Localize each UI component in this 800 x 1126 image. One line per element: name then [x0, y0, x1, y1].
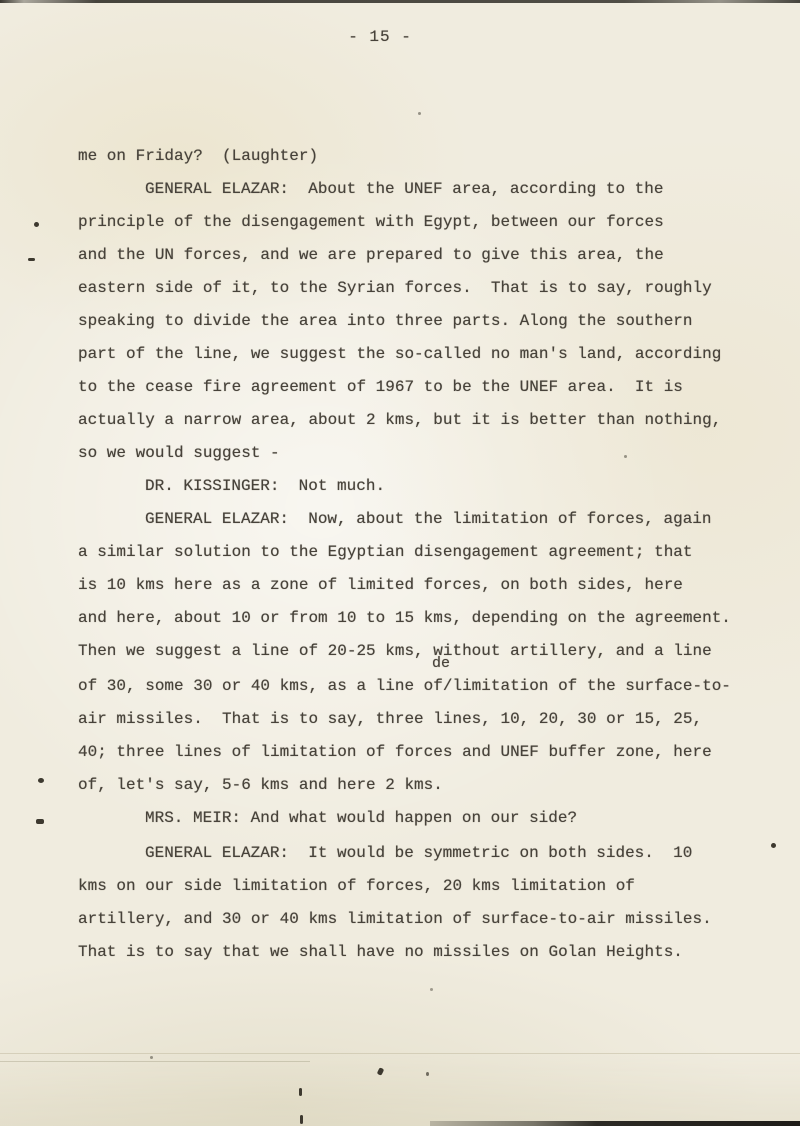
margin-dash [36, 819, 44, 824]
text-line: me on Friday? (Laughter) [78, 140, 768, 173]
text-line: 40; three lines of limitation of forces … [78, 736, 768, 769]
text-line: MRS. MEIR: And what would happen on our … [78, 802, 768, 835]
text-line: eastern side of it, to the Syrian forces… [78, 272, 768, 305]
text-line: a similar solution to the Egyptian disen… [78, 536, 768, 569]
text-line: of, let's say, 5-6 kms and here 2 kms. [78, 769, 768, 802]
text-line: GENERAL ELAZAR: Now, about the limitatio… [78, 503, 768, 536]
scan-artifact-line [0, 1061, 310, 1062]
text-line: actually a narrow area, about 2 kms, but… [78, 404, 768, 437]
text-line: is 10 kms here as a zone of limited forc… [78, 569, 768, 602]
text-line: and the UN forces, and we are prepared t… [78, 239, 768, 272]
ink-speck [426, 1072, 429, 1076]
scan-grime-band [0, 1053, 800, 1126]
ink-speck [299, 1088, 302, 1096]
text-line: kms on our side limitation of forces, 20… [78, 870, 768, 903]
margin-dot [38, 778, 44, 783]
ink-speck [150, 1056, 153, 1059]
ink-speck [300, 1115, 303, 1124]
margin-dot [34, 222, 39, 227]
text-line: air missiles. That is to say, three line… [78, 703, 768, 736]
scanned-document-page: - 15 - me on Friday? (Laughter) GENERAL … [0, 0, 800, 1126]
scan-border-top [0, 0, 800, 3]
text-line: to the cease fire agreement of 1967 to b… [78, 371, 768, 404]
typed-insertion-de: de [432, 655, 450, 672]
ink-speck [624, 455, 627, 458]
text-line: DR. KISSINGER: Not much. [78, 470, 768, 503]
margin-dash [28, 258, 35, 261]
ink-speck [418, 112, 421, 115]
text-line: principle of the disengagement with Egyp… [78, 206, 768, 239]
scan-border-bottom [430, 1121, 800, 1126]
text-line: GENERAL ELAZAR: It would be symmetric on… [78, 837, 768, 870]
transcript-body: me on Friday? (Laughter) GENERAL ELAZAR:… [78, 140, 768, 969]
margin-dot [771, 843, 776, 848]
text-line: artillery, and 30 or 40 kms limitation o… [78, 903, 768, 936]
text-line: GENERAL ELAZAR: About the UNEF area, acc… [78, 173, 768, 206]
ink-speck [430, 988, 433, 991]
text-line: and here, about 10 or from 10 to 15 kms,… [78, 602, 768, 635]
text-line: speaking to divide the area into three p… [78, 305, 768, 338]
text-line: Then we suggest a line of 20-25 kms, wit… [78, 635, 768, 668]
text-line: so we would suggest - [78, 437, 768, 470]
text-line: part of the line, we suggest the so-call… [78, 338, 768, 371]
text-line: of 30, some 30 or 40 kms, as a line of/l… [78, 670, 768, 703]
page-number: - 15 - [0, 28, 780, 46]
text-line: That is to say that we shall have no mis… [78, 936, 768, 969]
